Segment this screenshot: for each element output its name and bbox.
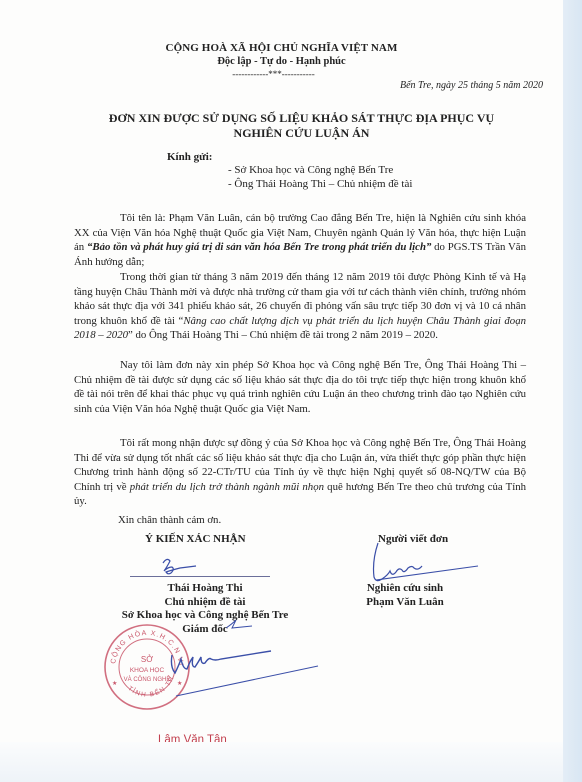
confirmer-signature-icon [163, 559, 196, 573]
paragraph-hope: Tôi rất mong nhận được sự đồng ý của Sở … [74, 436, 526, 509]
writer-signature-icon [374, 543, 423, 581]
writer-block: Nghiên cứu sinh Phạm Văn Luân [330, 582, 480, 609]
tourism-phrase: phát triển du lịch trở thành ngành mũi n… [130, 481, 324, 493]
svg-text:★: ★ [112, 680, 117, 687]
p2-text-end: ” do Ông Thái Hoàng Thi – Chủ nhiệm đề t… [128, 329, 438, 341]
place-date: Bến Tre, ngày 25 tháng 5 năm 2020 [400, 80, 543, 91]
recipient-item: - Ông Thái Hoàng Thi – Chủ nhiệm đề tài [228, 178, 412, 190]
writer-heading: Người viết đơn [378, 533, 448, 545]
document-page: CỘNG HOÀ XÃ HỘI CHỦ NGHĨA VIỆT NAM Độc l… [0, 0, 563, 782]
official-stamp-icon: CỘNG HÒA X.H.C.N VIỆT NAM TỈNH BẾN TRE S… [103, 623, 191, 711]
paragraph-introduction: Tôi tên là: Phạm Văn Luân, cán bộ trường… [74, 211, 526, 269]
svg-text:★: ★ [177, 680, 182, 687]
document-title-line2: NGHIÊN CỨU LUẬN ÁN [20, 126, 582, 141]
national-motto: Độc lập - Tự do - Hạnh phúc [0, 56, 563, 67]
confirmer-org: Sở Khoa học và Công nghệ Bến Tre [90, 609, 320, 623]
svg-text:KHOA HỌC: KHOA HỌC [130, 667, 165, 674]
closing-thanks: Xin chân thành cảm ơn. [118, 514, 221, 526]
confirmation-heading: Ý KIẾN XÁC NHẬN [145, 533, 246, 545]
document-title-line1: ĐƠN XIN ĐƯỢC SỬ DỤNG SỐ LIỆU KHẢO SÁT TH… [20, 111, 582, 126]
confirmer-role: Chủ nhiệm đề tài [90, 596, 320, 610]
confirmer-name: Thái Hoàng Thi [90, 582, 320, 596]
scan-right-edge [563, 0, 582, 782]
recipients-label: Kính gửi: [167, 151, 212, 163]
writer-role: Nghiên cứu sinh [330, 582, 480, 596]
recipient-item: - Sở Khoa học và Công nghệ Bến Tre [228, 164, 393, 176]
writer-name: Phạm Văn Luân [330, 596, 480, 610]
signature-underline [130, 576, 270, 577]
scan-bottom-margin [0, 742, 563, 782]
national-title: CỘNG HOÀ XÃ HỘI CHỦ NGHĨA VIỆT NAM [0, 42, 563, 54]
svg-text:VÀ CÔNG NGHỆ: VÀ CÔNG NGHỆ [124, 675, 171, 683]
paragraph-survey: Trong thời gian từ tháng 3 năm 2019 đến … [74, 270, 526, 343]
svg-text:SỞ: SỞ [141, 655, 153, 664]
thesis-title: “Bảo tồn và phát huy giá trị di sản văn … [87, 241, 431, 253]
paragraph-request: Nay tôi làm đơn này xin phép Sở Khoa học… [74, 358, 526, 416]
header-separator: ------------***----------- [0, 69, 555, 79]
